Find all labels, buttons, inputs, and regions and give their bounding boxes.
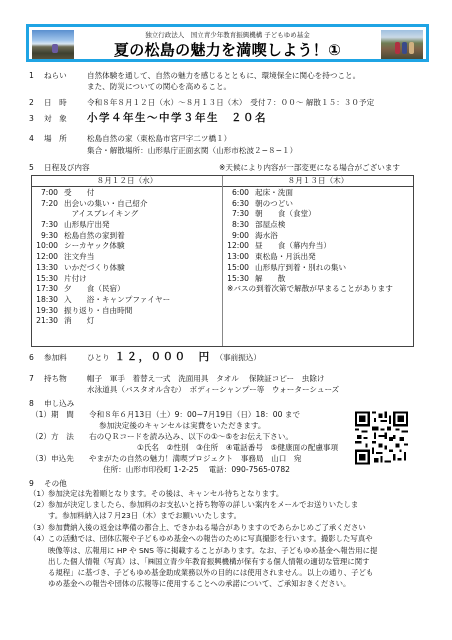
schedule-activity: 昼 食（幕内弁当） [255,241,413,252]
schedule-activity: 受 付 [64,188,222,199]
schedule-time: 13:30 [32,263,64,274]
schedule-item: 15:00山形県庁到着・別れの集い [223,263,413,274]
schedule-time: 12:00 [32,252,64,263]
schedule-item: 7:00受 付 [32,188,222,199]
schedule-activity: いかだづくり体験 [64,263,222,274]
day2-heading: ８月１３日（木） [223,176,413,187]
schedule-activity: アイスブレイキング [64,209,222,220]
note-continuation: す。参加料納入は７月23日（木）までお願いいたします。 [48,511,241,522]
note-text: この活動では、団体広報や子どもゆめ基金への報告のために写真撮影を行います。撮影し… [48,534,373,543]
schedule-activity: 部屋点検 [255,220,413,231]
fee-amount: １２，０００ 円 [115,351,211,363]
schedule-activity: 片付け [64,274,222,285]
schedule-item: 6:30朝のつどい [223,199,413,210]
schedule-activity: 松島自然の家到着 [64,231,222,242]
schedule-item: 17:30夕 食（民宿） [32,284,222,295]
note-item: （2）参加が決定しましたら、参加料のお支払いと持ち物等の詳しい案内をメールでお送… [29,500,358,511]
schedule-item: 9:30松島自然の家到着 [32,231,222,242]
schedule-time: 19:30 [32,306,64,317]
schedule-time: 13:00 [223,252,255,263]
schedule-time: 15:00 [223,263,255,274]
schedule-time: 7:30 [32,220,64,231]
schedule-item: 15:30解 散 [223,274,413,285]
schedule-item: 19:30振り返り・自由時間 [32,306,222,317]
schedule-item: 13:30いかだづくり体験 [32,263,222,274]
aim-line-2: また、防災についての関心を高めること。 [87,81,231,92]
schedule-time: 18:30 [32,295,64,306]
schedule-time [32,209,64,220]
required-info: ①氏名 ②性別 ③住所 ④電話番号 ⑤健康面の配慮事項 [137,442,338,453]
schedule-item: 21:30消 灯 [32,316,222,327]
schedule-time: 17:30 [32,284,64,295]
note-continuation: ゆめ基金への報告や団体の広報等に使用することへの承諾について、ご承知おきください… [48,579,350,590]
schedule-item: 9:00海水浴 [223,231,413,242]
schedule-activity: 山形県庁出発 [64,220,222,231]
schedule-activity: 入 浴・キャンプファイヤー [64,295,222,306]
apply-period: （1）期 間令和８年６月13日（土）9：00~7月19日（日）18：00 まで [31,409,300,420]
apply-contact: （3）申込先やまがたの自然の魅力！満喫プロジェクト 事務局 山口 宛 [31,453,301,464]
schedule-time: 10:00 [32,241,64,252]
schedule-activity: シーカヤック体験 [64,241,222,252]
schedule-item: 6:00起床・洗面 [223,188,413,199]
schedule-activity: 消 灯 [64,316,222,327]
schedule-time: 15:30 [223,274,255,285]
qr-code-icon [355,410,408,466]
note-item: （3）参加費納入後の返金は準備の都合上、できかねる場合がありますのであらかじめご… [29,523,366,534]
schedule-activity: 出会いの集い・自己紹介 [64,199,222,210]
schedule-activity: 山形県庁到着・別れの集い [255,263,413,274]
note-continuation: 出した個人情報（写真）は、「㈱国立青少年教育振興機構が保有する個人情報の適切な管… [48,557,370,568]
schedule-activity: 海水浴 [255,231,413,242]
day2-column: ８月１３日（木） 6:00起床・洗面6:30朝のつどい7:30朝 食（食堂）8:… [223,176,413,346]
section-other: 9その他 [29,478,67,489]
schedule-time: 21:30 [32,316,64,327]
schedule-activity: 解 散 [255,274,413,285]
schedule-activity: 注文弁当 [64,252,222,263]
page-title: 夏の松島の魅力を満喫しよう！① [29,39,426,60]
schedule-activity: 朝のつどい [255,199,413,210]
section-target: 3対 象小学４年生～中学３年生 ２０名 [29,113,267,124]
schedule-activity: 東松島・月浜出発 [255,252,413,263]
day1-column: ８月１２日（水） 7:00受 付7:20出会いの集い・自己紹介 アイスブレイキン… [32,176,223,346]
schedule-item: 8:30部屋点検 [223,220,413,231]
note-continuation: る規程」に基づき、子どもゆめ基金助成業務以外の目的には使用されません。以上の通り… [48,568,373,579]
note-number: （1） [29,489,48,500]
note-text: 参加費納入後の返金は準備の都合上、できかねる場合がありますのであらかじめご了承く… [48,523,366,532]
schedule-item: 15:30片付け [32,274,222,285]
schedule-activity: 振り返り・自由時間 [64,306,222,317]
schedule-item: 7:30朝 食（食堂） [223,209,413,220]
note-number: （4） [29,534,48,545]
schedule-activity: 起床・洗面 [255,188,413,199]
section-schedule: 5日程及び内容 [29,162,90,173]
section-aim: 1ねらい自然体験を通して、自然の魅力を感じるとともに、環境保全に関心を持つこと。 [29,70,360,81]
note-continuation: 映像等は、広報用に HP や SNS 等に掲載することがあります。なお、子どもゆ… [48,546,377,557]
schedule-time: 15:30 [32,274,64,285]
qr-code[interactable] [355,410,408,466]
meeting-place: 集合・解散場所：山形県庁正面玄関（山形市松波２−８−１） [87,145,297,156]
schedule-time: 6:00 [223,188,255,199]
day2-list: 6:00起床・洗面6:30朝のつどい7:30朝 食（食堂）8:30部屋点検9:0… [223,187,413,284]
schedule-item: 13:00東松島・月浜出発 [223,252,413,263]
schedule-activity: 朝 食（食堂） [255,209,413,220]
schedule-time: 9:30 [32,231,64,242]
day1-heading: ８月１２日（水） [32,176,222,187]
schedule-item: 18:30入 浴・キャンプファイヤー [32,295,222,306]
note-text: 参加が決定しましたら、参加料のお支払いと持ち物等の詳しい案内をメールでお送りいた… [48,500,358,509]
section-apply: 8申し込み [29,398,74,409]
schedule-item: 12:00昼 食（幕内弁当） [223,241,413,252]
note-text: 参加決定は先着順となります。その後は、キャンセル待ちとなります。 [48,489,283,498]
schedule-activity: 夕 食（民宿） [64,284,222,295]
day1-list: 7:00受 付7:20出会いの集い・自己紹介 アイスブレイキング7:30山形県庁… [32,187,222,327]
schedule-time: 8:30 [223,220,255,231]
section-fee: 6参加料ひとり １２，０００ 円 （事前振込） [29,352,261,363]
schedule-time: 6:30 [223,199,255,210]
contact-address: 住所：山形市印役町 1-2-25 電話：090-7565-0782 [103,464,290,475]
schedule-item: 10:00シーカヤック体験 [32,241,222,252]
schedule-time: 7:20 [32,199,64,210]
title-banner: 独立行政法人 国立青少年教育振興機構 子どもゆめ基金 夏の松島の魅力を満喫しよう… [26,24,429,62]
schedule-item: 12:00注文弁当 [32,252,222,263]
schedule-item: アイスブレイキング [32,209,222,220]
bus-note: ※バスの到着次第で解散が早まることがあります [223,284,413,295]
note-item: （1）参加決定は先着順となります。その後は、キャンセル待ちとなります。 [29,489,283,500]
schedule-item: 7:20出会いの集い・自己紹介 [32,199,222,210]
note-number: （3） [29,523,48,534]
items-line-2: 水泳道具（バスタオル含む） ボディーシャンプー等 ウォーターシューズ [87,384,339,395]
note-item: （4）この活動では、団体広報や子どもゆめ基金への報告のために写真撮影を行います。… [29,534,373,545]
note-number: （2） [29,500,48,511]
schedule-item: 7:30山形県庁出発 [32,220,222,231]
apply-method: （2）方 法右のＱＲコードを読み込み、以下の①～⑤をお伝え下さい。 [31,431,293,442]
schedule-table: ８月１２日（水） 7:00受 付7:20出会いの集い・自己紹介 アイスブレイキン… [31,175,414,347]
section-items: 7持ち物帽子 軍手 着替え一式 洗面用具 タオル 保険証コピー 虫除け [29,373,325,384]
weather-note: ※天候により内容が一部変更になる場合がございます [219,162,400,173]
section-place: 4場 所松島自然の家（東松島市宮戸字二ツ橋１） [29,133,231,144]
schedule-time: 12:00 [223,241,255,252]
cancel-note: 参加決定後のキャンセルは実費をいただきます。 [99,420,265,431]
organization-name: 独立行政法人 国立青少年教育振興機構 子どもゆめ基金 [29,30,426,39]
section-date: 2日 時令和８年８月１２日（水）～８月１３日（木） 受付７：００～ 解散１５：３… [29,97,374,108]
schedule-time: 7:00 [32,188,64,199]
schedule-time: 9:00 [223,231,255,242]
schedule-time: 7:30 [223,209,255,220]
